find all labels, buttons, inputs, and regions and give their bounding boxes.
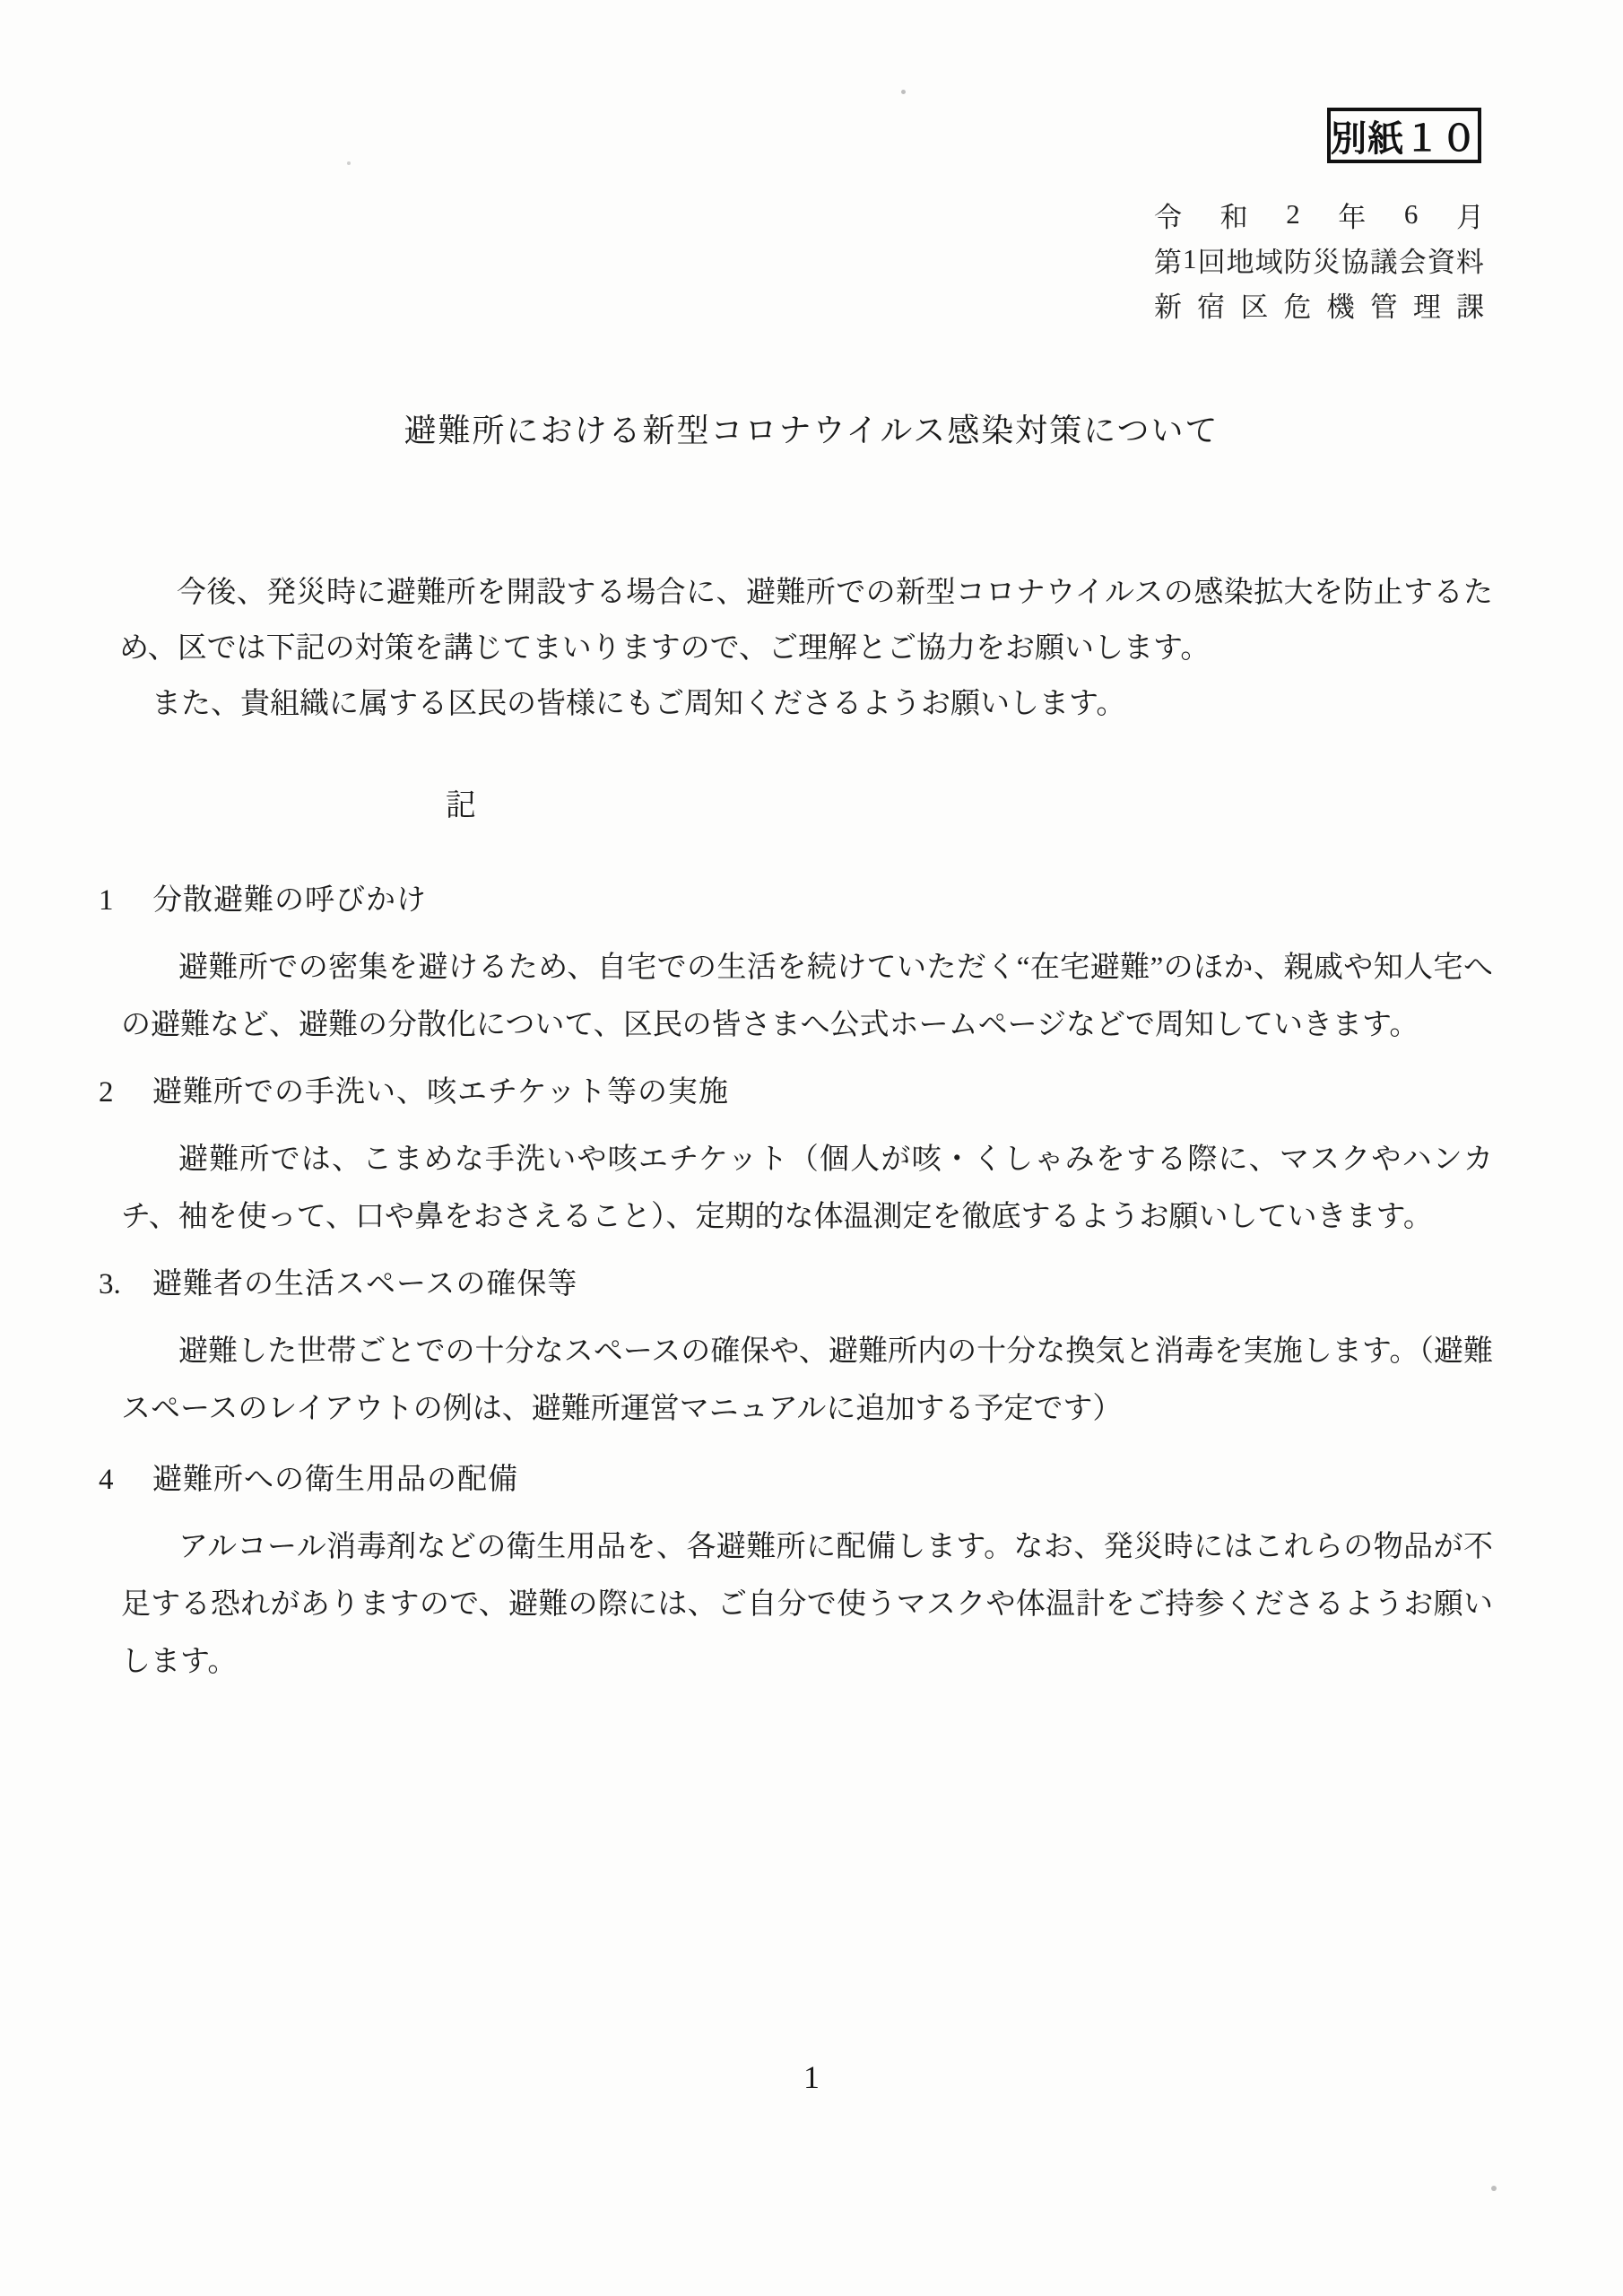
section-1: 1 分散避難の呼びかけ 避難所での密集を避けるため、自宅での生活を続けていただく… xyxy=(99,881,1502,1054)
section-2-number: 2 xyxy=(99,1073,152,1112)
attachment-tag-box: 別紙１０ xyxy=(1327,108,1481,163)
scan-speck xyxy=(901,90,906,94)
section-1-title: 分散避難の呼びかけ xyxy=(152,881,427,920)
scan-speck xyxy=(347,161,351,165)
document-title: 避難所における新型コロナウイルス感染対策について xyxy=(0,405,1623,451)
intro-paragraph-1: 今後、発災時に避難所を開設する場合に、避難所での新型コロナウイルスの感染拡大を防… xyxy=(119,565,1493,676)
section-2-title: 避難所での手洗い、咳エチケット等の実施 xyxy=(152,1073,729,1112)
ki-marker: 記 xyxy=(446,780,478,824)
section-3-heading: 3. 避難者の生活スペースの確保等 xyxy=(99,1265,1502,1304)
section-4-title: 避難所への衛生用品の配備 xyxy=(152,1460,518,1500)
section-1-heading: 1 分散避難の呼びかけ xyxy=(99,881,1502,920)
intro-block: 今後、発災時に避難所を開設する場合に、避難所での新型コロナウイルスの感染拡大を防… xyxy=(119,565,1493,732)
page-number: 1 xyxy=(0,2058,1623,2096)
section-1-number: 1 xyxy=(99,881,152,920)
department-line: 新宿区危機管理課 xyxy=(1154,282,1484,326)
section-3: 3. 避難者の生活スペースの確保等 避難した世帯ごとでの十分なスペースの確保や、… xyxy=(99,1265,1502,1438)
attachment-tag-label: 別紙１０ xyxy=(1331,110,1478,161)
meeting-title-line: 第1回地域防災協議会資料 xyxy=(1154,237,1484,282)
section-3-number: 3. xyxy=(99,1265,152,1304)
section-4-body: アルコール消毒剤などの衛生用品を、各避難所に配備します。なお、発災時にはこれらの… xyxy=(121,1518,1493,1691)
section-4: 4 避難所への衛生用品の配備 アルコール消毒剤などの衛生用品を、各避難所に配備し… xyxy=(99,1460,1502,1691)
section-2: 2 避難所での手洗い、咳エチケット等の実施 避難所では、こまめな手洗いや咳エチケ… xyxy=(99,1073,1502,1246)
section-3-title: 避難者の生活スペースの確保等 xyxy=(152,1265,577,1304)
date-line: 令和2年6月 xyxy=(1154,192,1484,237)
section-2-body: 避難所では、こまめな手洗いや咳エチケット（個人が咳・くしゃみをする際に、マスクや… xyxy=(121,1131,1493,1246)
section-1-body: 避難所での密集を避けるため、自宅での生活を続けていただく“在宅避難”のほか、親戚… xyxy=(121,939,1493,1054)
document-page: 別紙１０ 令和2年6月 第1回地域防災協議会資料 新宿区危機管理課 避難所におけ… xyxy=(0,0,1623,2296)
section-2-heading: 2 避難所での手洗い、咳エチケット等の実施 xyxy=(99,1073,1502,1112)
section-4-heading: 4 避難所への衛生用品の配備 xyxy=(99,1460,1502,1500)
header-meta-block: 令和2年6月 第1回地域防災協議会資料 新宿区危機管理課 xyxy=(1154,192,1484,326)
intro-paragraph-2: また、貴組織に属する区民の皆様にもご周知くださるようお願いします。 xyxy=(119,676,1493,732)
section-3-body: 避難した世帯ごとでの十分なスペースの確保や、避難所内の十分な換気と消毒を実施しま… xyxy=(121,1323,1493,1438)
scan-speck xyxy=(1491,2186,1497,2191)
section-4-number: 4 xyxy=(99,1460,152,1500)
